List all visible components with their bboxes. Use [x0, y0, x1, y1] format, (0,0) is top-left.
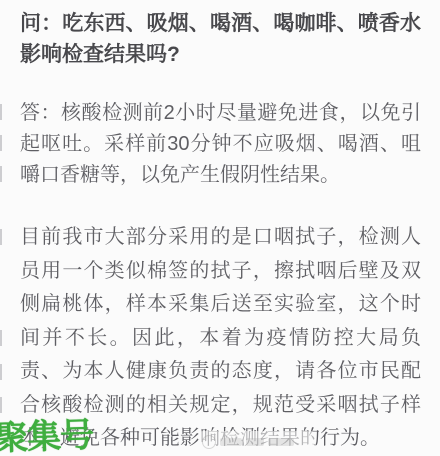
faint-text-bar	[268, 438, 294, 446]
answer-line: 答：核酸检测前2小时尽量避免进食，以免引	[20, 98, 421, 129]
question-heading: 问：吃东西、吸烟、喝酒、喝咖啡、喷香水 影响检查结果吗?	[20, 8, 421, 70]
body-line: 侧扁桃体，样本采集后送至实验室，这个时	[20, 288, 421, 322]
edge-artifact	[0, 330, 2, 346]
edge-artifact	[0, 166, 2, 182]
edge-artifact	[0, 104, 2, 120]
body-line: 目前我市大部分采用的是口咽拭子，检测人	[20, 221, 421, 255]
faint-text-bar	[246, 438, 264, 446]
body-line: 责、为本人健康负责的态度，请各位市民配	[20, 355, 421, 389]
question-line: 影响检查结果吗?	[20, 39, 421, 70]
faint-stamp-watermark	[198, 431, 316, 452]
answer-line: 起呕吐。采样前30分钟不应吸烟、喝酒、咀	[20, 129, 421, 160]
body-line: 员用一个类似棉签的拭子，擦拭咽后壁及双	[20, 255, 421, 289]
body-line: 间并不长。因此，本着为疫情防控大局负	[20, 322, 421, 356]
article-page: 问：吃东西、吸烟、喝酒、喝咖啡、喷香水 影响检查结果吗? 答：核酸检测前2小时尽…	[0, 0, 440, 456]
question-line: 问：吃东西、吸烟、喝酒、喝咖啡、喷香水	[20, 8, 421, 39]
answer-paragraph: 答：核酸检测前2小时尽量避免进食，以免引 起呕吐。采样前30分钟不应吸烟、喝酒、…	[20, 98, 421, 191]
edge-artifact	[0, 364, 2, 380]
faint-text-bar	[220, 438, 242, 446]
qa-article: 问：吃东西、吸烟、喝酒、喝咖啡、喷香水 影响检查结果吗? 答：核酸检测前2小时尽…	[20, 8, 421, 456]
edge-artifact	[0, 135, 2, 151]
answer-line: 嚼口香糖等，以免产生假阴性结果。	[20, 160, 421, 191]
edge-artifact	[0, 229, 2, 245]
brand-watermark-text: 聚集号	[0, 407, 94, 456]
faint-logo-ring-icon	[202, 435, 216, 449]
